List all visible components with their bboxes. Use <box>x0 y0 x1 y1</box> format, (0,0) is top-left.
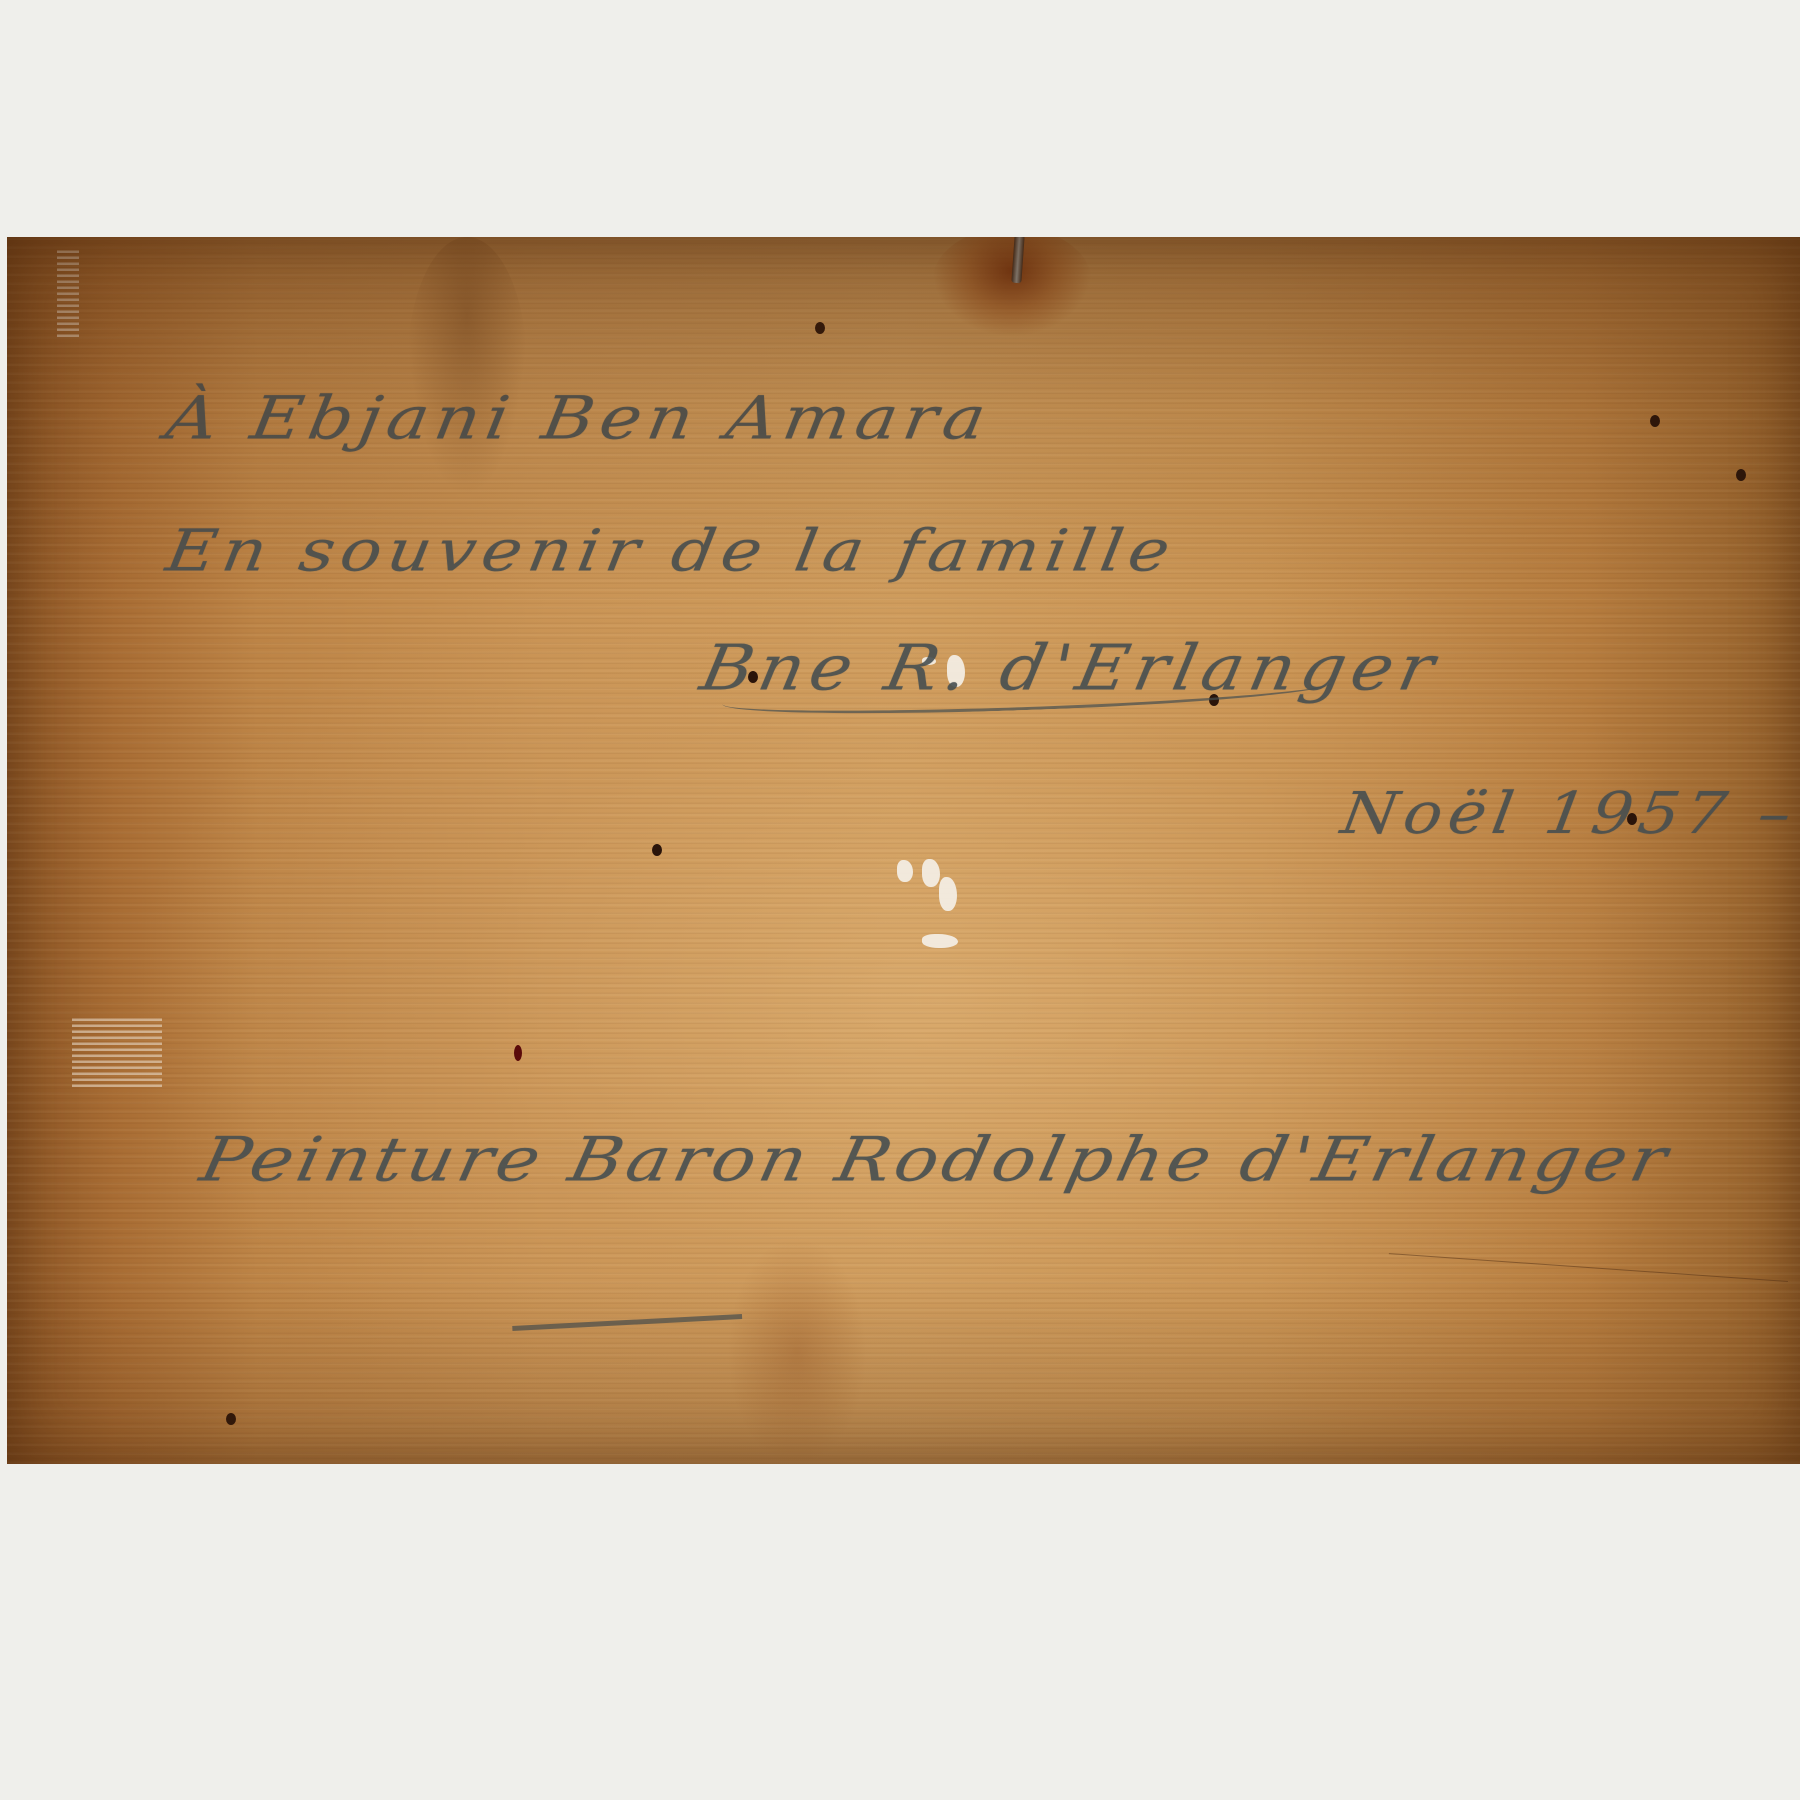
photo-stage: À Ebjani Ben Amara En souvenir de la fam… <box>0 0 1800 1800</box>
inscription-souvenir: En souvenir de la famille <box>161 518 1180 585</box>
paint-chip <box>922 934 958 948</box>
paint-chip <box>897 860 913 882</box>
wooden-panel: À Ebjani Ben Amara En souvenir de la fam… <box>7 237 1800 1464</box>
nail-icon <box>1011 237 1024 283</box>
pencil-stroke <box>512 1306 742 1331</box>
rust-stain <box>932 237 1092 337</box>
wood-crack <box>1386 1253 1788 1322</box>
paint-scuff <box>72 1017 162 1087</box>
water-stain <box>407 237 527 497</box>
paint-chip <box>922 859 940 887</box>
wormhole <box>226 1413 236 1425</box>
paint-scuff <box>57 247 79 337</box>
water-stain <box>727 1237 867 1464</box>
wormhole <box>1736 469 1746 481</box>
inscription-dedication: À Ebjani Ben Amara <box>161 383 996 453</box>
wormhole <box>652 844 662 856</box>
inscription-date: Noël 1957 – <box>1337 781 1800 848</box>
wormhole <box>1650 415 1660 427</box>
inscription-attribution: Peinture Baron Rodolphe d'Erlanger <box>195 1123 1677 1194</box>
paint-chip <box>939 877 957 911</box>
wormhole <box>514 1045 522 1061</box>
wormhole <box>815 322 825 334</box>
